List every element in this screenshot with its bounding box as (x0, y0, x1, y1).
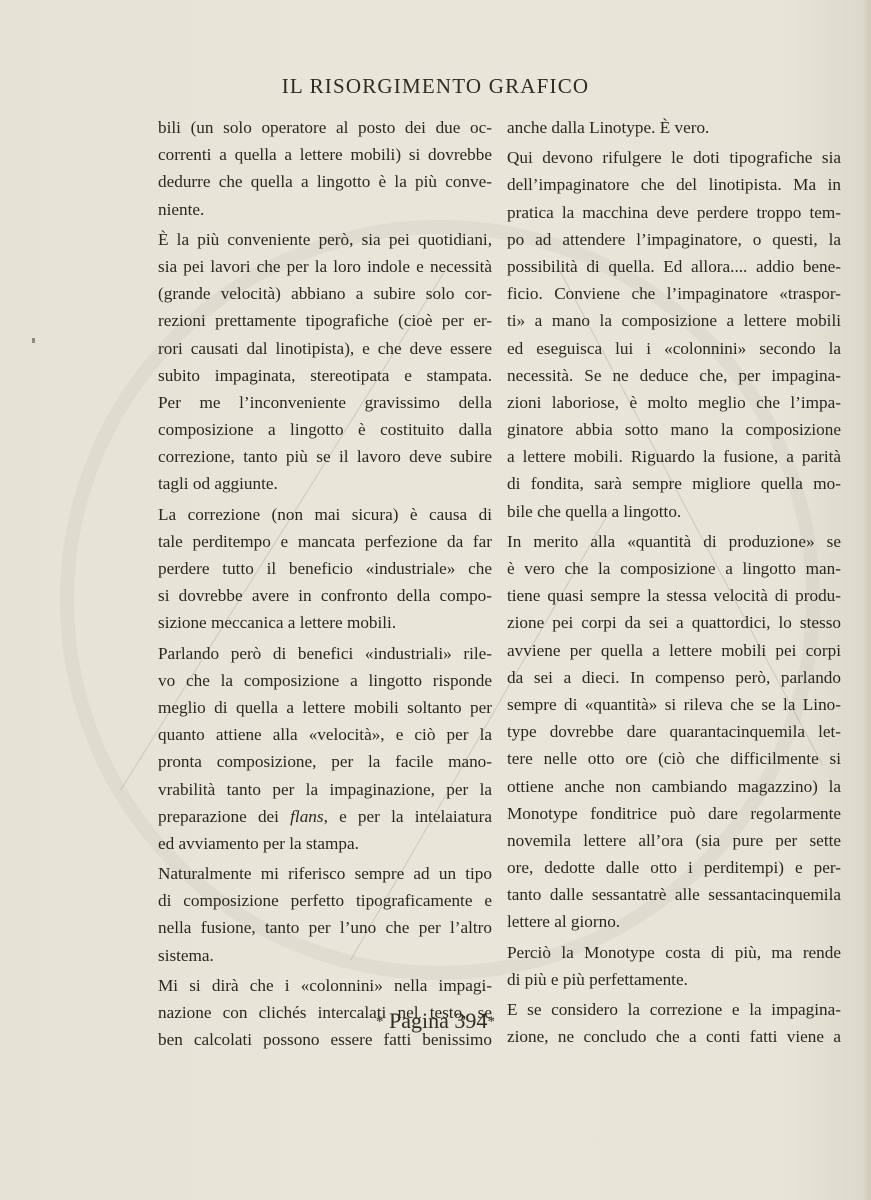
page-number-footer: * Pagina 394* (0, 1008, 871, 1034)
text-line: si dovrebbe avere in confronto della com… (158, 582, 492, 609)
text-line: è vero che la composizione a lingotto ma… (507, 555, 841, 582)
text-line: di fondita, sarà sempre migliore quella … (507, 470, 841, 497)
text-line: Parlando però di benefici «industriali» … (158, 640, 492, 667)
text-line: zioni laboriose, è molto meglio che l’im… (507, 389, 841, 416)
text-line: Per me l’inconveniente gravissimo della (158, 389, 492, 416)
text-line: tanto dalle sessantatrè alle sessantacin… (507, 881, 841, 908)
text-line: sistema. (158, 942, 492, 969)
text-line: dell’impaginatore che del linotipista. M… (507, 171, 841, 198)
text-line: (grande velocità) abbiano a subire solo … (158, 280, 492, 307)
text-line: ti» a mano la composizione a lettere mob… (507, 307, 841, 334)
text-line: ed avviamento per la stampa. (158, 830, 492, 857)
text-line: niente. (158, 196, 492, 223)
text-line: dedurre che quella a lingotto è la più c… (158, 168, 492, 195)
text-line: bile che quella a lingotto. (507, 498, 841, 525)
text-line: ginatore abbia sotto mano la composizion… (507, 416, 841, 443)
text-line: lettere al giorno. (507, 908, 841, 935)
text-line: possibilità di quella. Ed allora.... add… (507, 253, 841, 280)
text-line: meglio di quella a lettere mobili soltan… (158, 694, 492, 721)
scanned-page: IL RISORGIMENTO GRAFICO bili (un solo op… (0, 0, 871, 1200)
text-line: pronta composizione, per la facile mano- (158, 748, 492, 775)
asterisk-ornament-icon: * (376, 1014, 384, 1030)
text-line: ficio. Conviene che l’impaginatore «tras… (507, 280, 841, 307)
text-line: bili (un solo operatore al posto dei due… (158, 114, 492, 141)
text-line: subito impaginata, stereotipata e stampa… (158, 362, 492, 389)
text-line: Naturalmente mi riferisco sempre ad un t… (158, 860, 492, 887)
text-line: po ad attendere l’impaginatore, o questi… (507, 226, 841, 253)
page-number-label: Pagina 394 (389, 1008, 487, 1033)
text-line: È la più conveniente però, sia pei quoti… (158, 226, 492, 253)
text-line: ottiene anche non cambiando magazzino) l… (507, 773, 841, 800)
text-line: perdere tutto il beneficio «industriale»… (158, 555, 492, 582)
text-line: tiene quasi sempre la stessa velocità di… (507, 582, 841, 609)
text-line: necessità. Se ne deduce che, per impagin… (507, 362, 841, 389)
text-line: di più e più perfettamente. (507, 966, 841, 993)
asterisk-ornament-icon: * (487, 1014, 495, 1030)
text-line: di composizione perfetto tipograficament… (158, 887, 492, 914)
text-line: tale perditempo e mancata perfezione da … (158, 528, 492, 555)
text-line: rezioni prettamente tipografiche (cioè p… (158, 307, 492, 334)
text-line: composizione a lingotto è costituito dal… (158, 416, 492, 443)
text-line: novemila lettere all’ora (sia pure per s… (507, 827, 841, 854)
text-line: rori causati dal linotipista), e che dev… (158, 335, 492, 362)
text-line: correzione, tanto più se il lavoro deve … (158, 443, 492, 470)
text-line: nella fusione, tanto per l’uno che per l… (158, 914, 492, 941)
text-line: Mi si dirà che i «colonnini» nella impag… (158, 972, 492, 999)
text-line: zione pei corpi da sei a quattordici, lo… (507, 609, 841, 636)
text-line: preparazione dei flans, e per la intelai… (158, 803, 492, 830)
text-column-right: anche dalla Linotype. È vero.Qui devono … (507, 114, 841, 1050)
scan-speck (32, 338, 35, 343)
text-line: ore, dedotte dalle otto i perditempi) e … (507, 854, 841, 881)
text-line: Qui devono rifulgere le doti tipografich… (507, 144, 841, 171)
text-line: tere nelle otto ore (ciò che difficilmen… (507, 745, 841, 772)
text-line: anche dalla Linotype. È vero. (507, 114, 841, 141)
text-line: ed eseguisca lui i «colonnini» secondo l… (507, 335, 841, 362)
text-line: Perciò la Monotype costa di più, ma rend… (507, 939, 841, 966)
text-line: a lettere mobili. Riguardo la fusione, a… (507, 443, 841, 470)
running-header: IL RISORGIMENTO GRAFICO (0, 74, 871, 99)
text-line: vrabilità tanto per la impaginazione, pe… (158, 776, 492, 803)
text-column-left: bili (un solo operatore al posto dei due… (158, 114, 492, 1053)
text-line: Monotype fonditrice può dare regolarment… (507, 800, 841, 827)
text-line: pratica la macchina deve perdere troppo … (507, 199, 841, 226)
text-line: tagli od aggiunte. (158, 470, 492, 497)
text-line: quanto attiene alla «velocità», e ciò pe… (158, 721, 492, 748)
text-line: vo che la composizione a lingotto rispon… (158, 667, 492, 694)
text-line: avviene per quella a lettere mobili pei … (507, 637, 841, 664)
italic-term: flans (290, 807, 323, 826)
text-line: sempre di «quantità» si rileva che se la… (507, 691, 841, 718)
text-line: type dovrebbe dare quarantacinquemila le… (507, 718, 841, 745)
text-line: sia pei lavori che per la loro indole e … (158, 253, 492, 280)
text-line: In merito alla «quantità di produzione» … (507, 528, 841, 555)
text-line: sizione meccanica a lettere mobili. (158, 609, 492, 636)
text-line: da sei a dieci. In compenso però, parlan… (507, 664, 841, 691)
text-line: correnti a quella a lettere mobili) si d… (158, 141, 492, 168)
text-line: La correzione (non mai sicura) è causa d… (158, 501, 492, 528)
